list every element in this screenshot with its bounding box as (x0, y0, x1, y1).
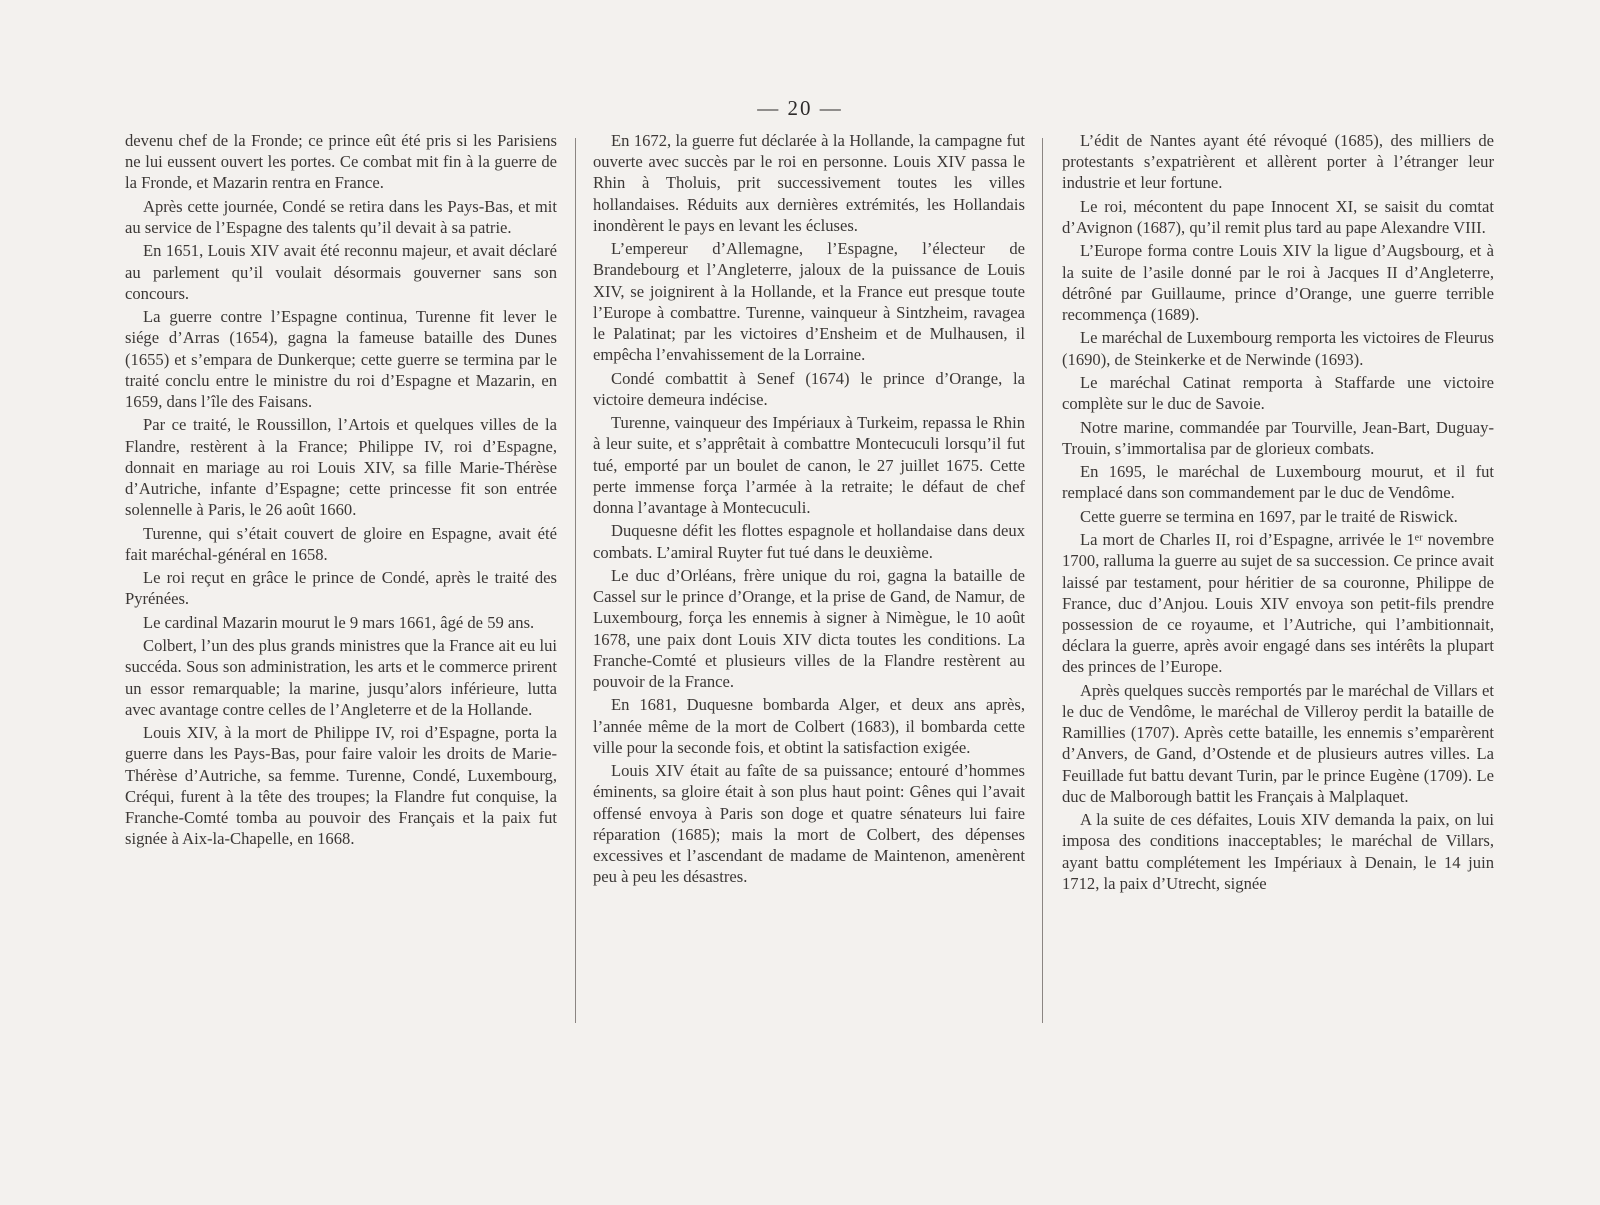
paragraph: La guerre contre l’Espagne continua, Tur… (125, 306, 557, 412)
text-column-right: L’édit de Nantes ayant été révoqué (1685… (1062, 130, 1494, 896)
paragraph: Le maréchal Catinat remporta à Staffarde… (1062, 372, 1494, 414)
paragraph: Cette guerre se termina en 1697, par le … (1062, 506, 1494, 527)
paragraph: Louis XIV, à la mort de Philippe IV, roi… (125, 722, 557, 849)
page-number: — 20 — (0, 96, 1600, 121)
paragraph: En 1651, Louis XIV avait été reconnu maj… (125, 240, 557, 304)
paragraph: Duquesne défit les flottes espagnole et … (593, 520, 1025, 562)
paragraph: Après quelques succès remportés par le m… (1062, 680, 1494, 807)
paragraph: Notre marine, commandée par Tourville, J… (1062, 417, 1494, 459)
paragraph: Le roi, mécontent du pape Innocent XI, s… (1062, 196, 1494, 238)
paragraph: En 1681, Duquesne bombarda Alger, et deu… (593, 694, 1025, 758)
paragraph: Le roi reçut en grâce le prince de Condé… (125, 567, 557, 609)
paragraph: L’empereur d’Allemagne, l’Espagne, l’éle… (593, 238, 1025, 365)
paragraph: La mort de Charles II, roi d’Espagne, ar… (1062, 529, 1494, 677)
paragraph: En 1672, la guerre fut déclarée à la Hol… (593, 130, 1025, 236)
paragraph: Après cette journée, Condé se retira dan… (125, 196, 557, 238)
paragraph: Le cardinal Mazarin mourut le 9 mars 166… (125, 612, 557, 633)
paragraph: En 1695, le maréchal de Luxembourg mouru… (1062, 461, 1494, 503)
paragraph: Turenne, vainqueur des Impériaux à Turke… (593, 412, 1025, 518)
paragraph: Le maréchal de Luxembourg remporta les v… (1062, 327, 1494, 369)
paragraph: A la suite de ces défaites, Louis XIV de… (1062, 809, 1494, 894)
column-divider-left (575, 138, 576, 1023)
paragraph: Par ce traité, le Roussillon, l’Artois e… (125, 414, 557, 520)
paragraph: devenu chef de la Fronde; ce prince eût … (125, 130, 557, 194)
text-column-left: devenu chef de la Fronde; ce prince eût … (125, 130, 557, 852)
paragraph: L’Europe forma contre Louis XIV la ligue… (1062, 240, 1494, 325)
paragraph: Louis XIV était au faîte de sa puissance… (593, 760, 1025, 887)
paragraph: Le duc d’Orléans, frère unique du roi, g… (593, 565, 1025, 692)
paragraph: Turenne, qui s’était couvert de gloire e… (125, 523, 557, 565)
paragraph: Condé combattit à Senef (1674) le prince… (593, 368, 1025, 410)
paragraph: L’édit de Nantes ayant été révoqué (1685… (1062, 130, 1494, 194)
text-column-middle: En 1672, la guerre fut déclarée à la Hol… (593, 130, 1025, 890)
paragraph: Colbert, l’un des plus grands ministres … (125, 635, 557, 720)
column-divider-right (1042, 138, 1043, 1023)
